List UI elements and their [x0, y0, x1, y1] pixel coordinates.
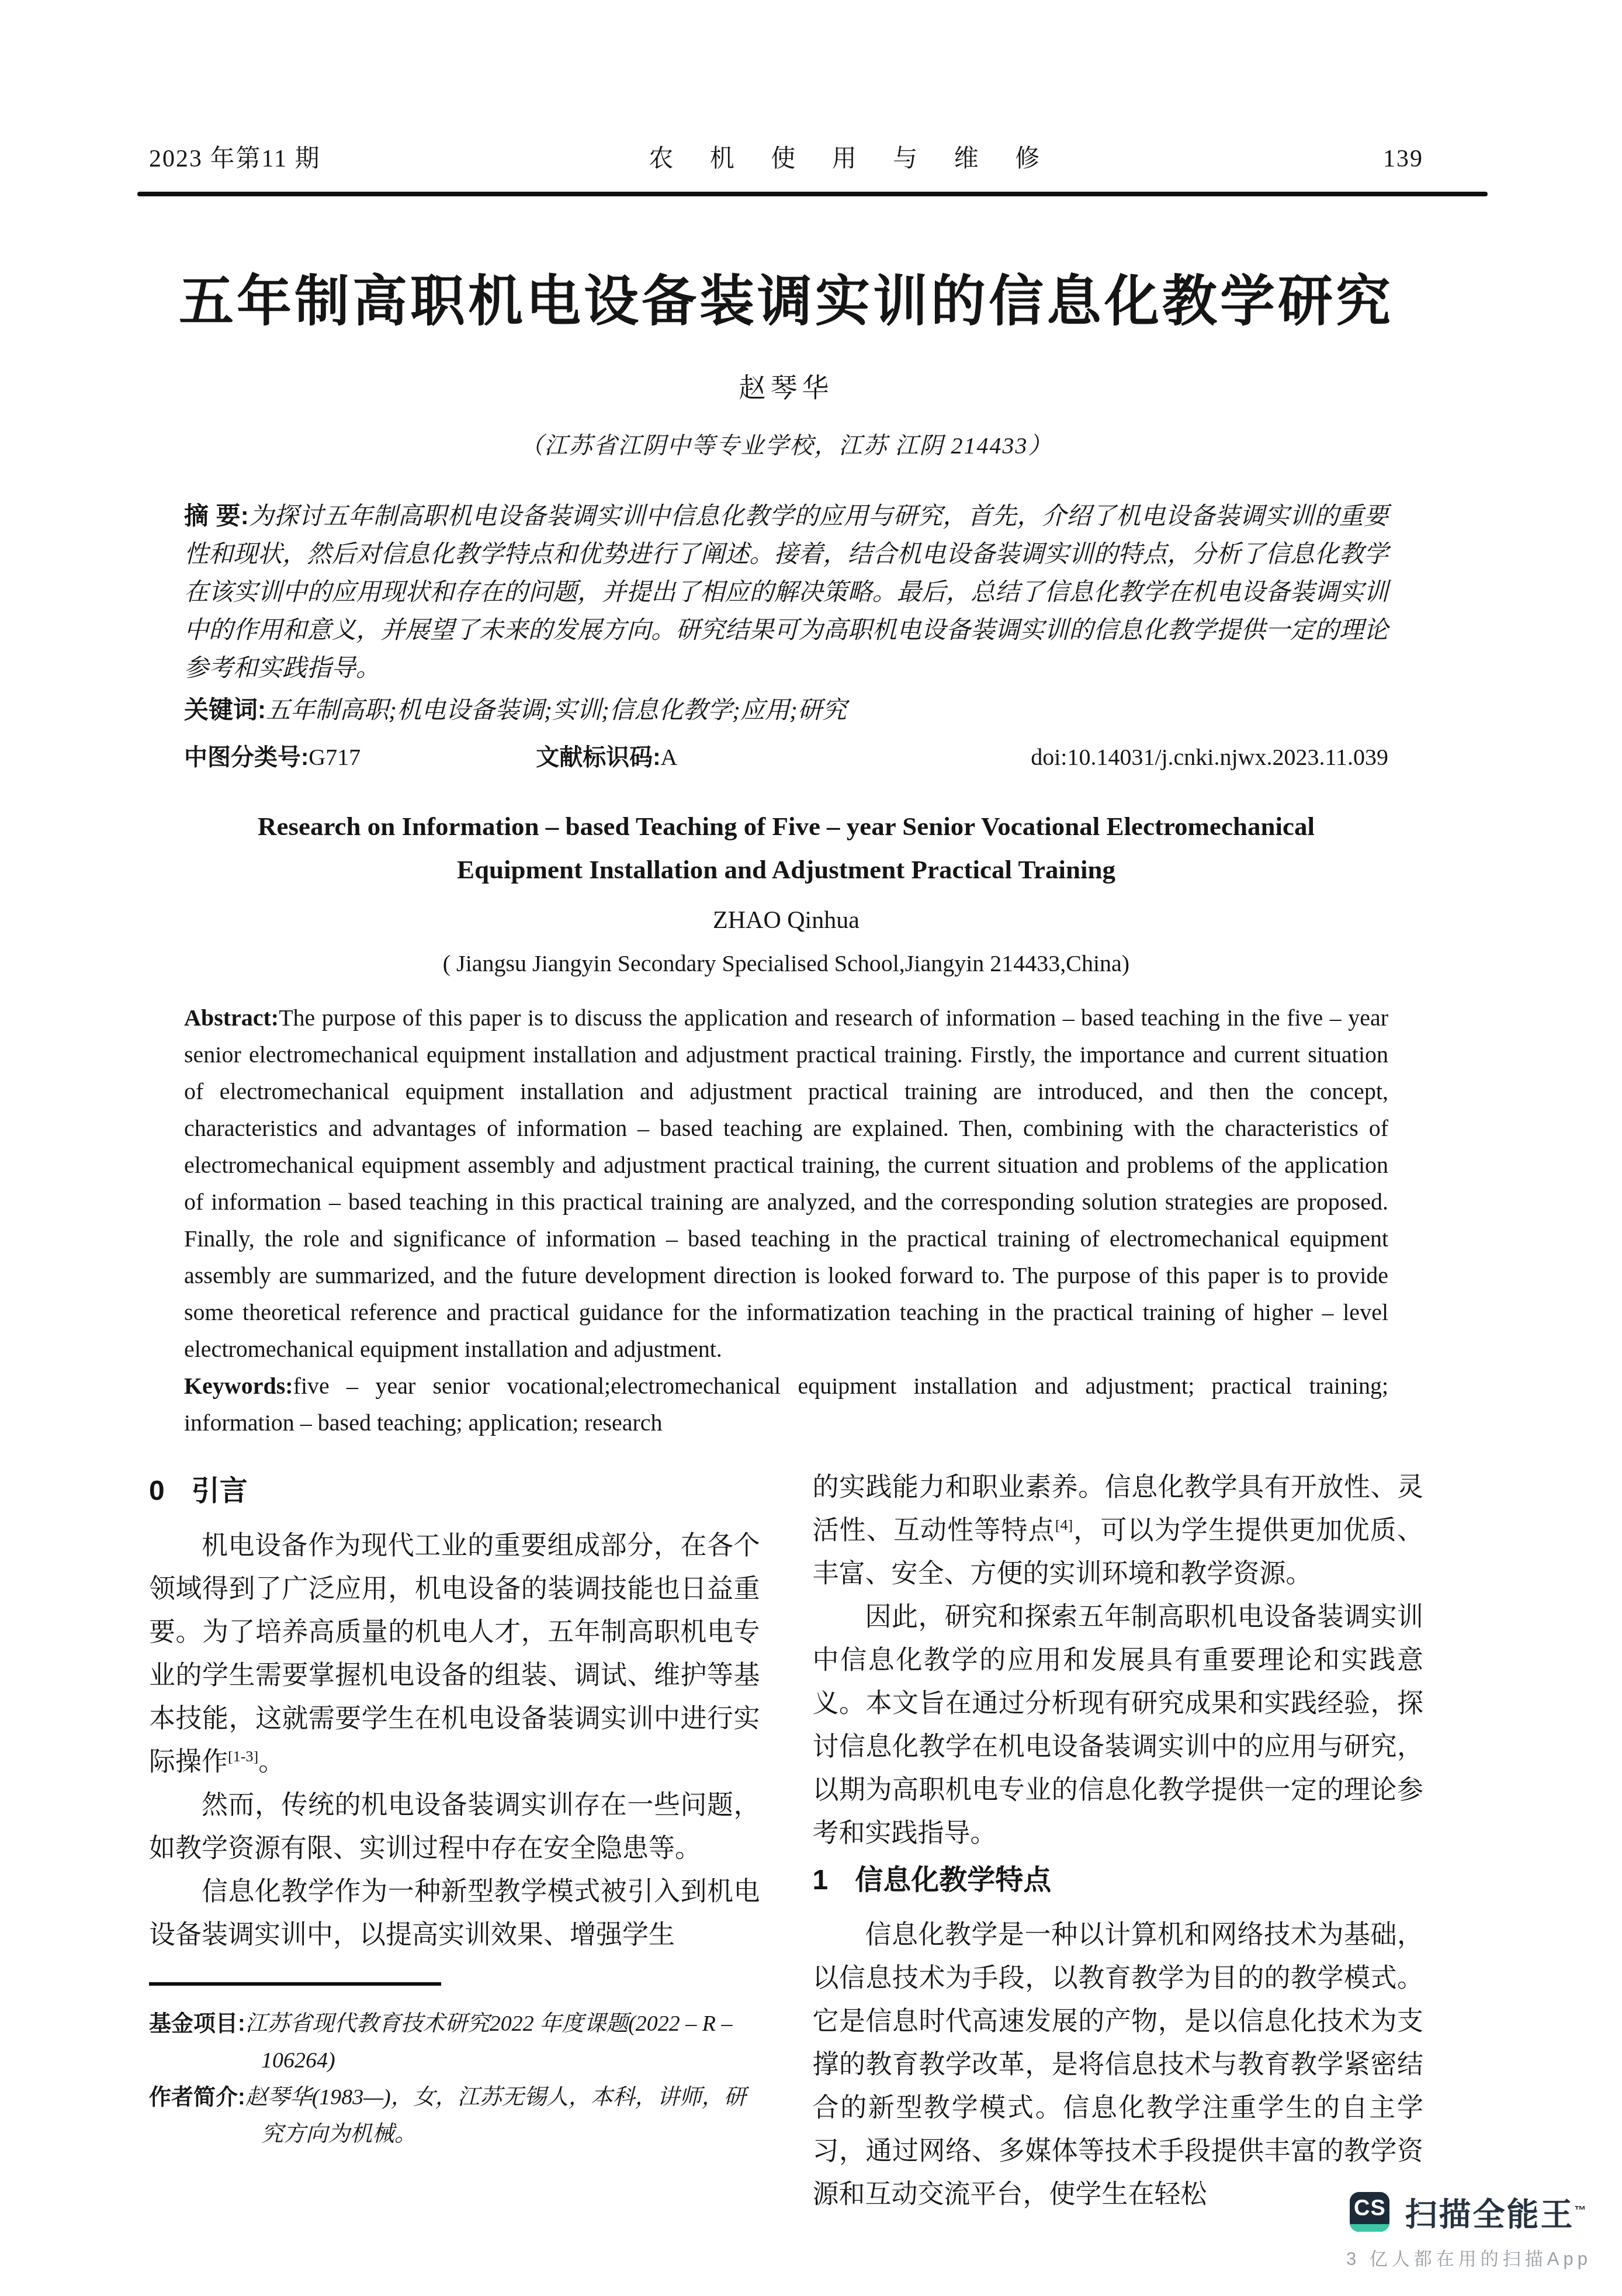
- clc-number: 中图分类号:G717: [184, 739, 361, 772]
- right-paragraph-3: 信息化教学是一种以计算机和网络技术为基础，以信息技术为手段，以教育教学为目的的教…: [813, 1913, 1424, 2216]
- left-paragraph-2: 然而，传统的机电设备装调实训存在一些问题，如教学资源有限、实训过程中存在安全隐患…: [149, 1784, 760, 1870]
- citation-ref-4: [4]: [1055, 1516, 1073, 1533]
- section-1-number: 1: [813, 1865, 829, 1896]
- journal-title: 农 机 使 用 与 维 修: [649, 139, 1055, 174]
- doc-code-value: A: [661, 744, 678, 770]
- scanned-paper-page: 2023 年第11 期 农 机 使 用 与 维 修 139 五年制高职机电设备装…: [0, 0, 1622, 2296]
- camscanner-watermark-row: CS 扫描全能王™: [1346, 2188, 1592, 2235]
- camscanner-tagline: 3 亿人都在用的扫描App: [1346, 2244, 1592, 2270]
- article-title-en-line1: Research on Information – based Teaching…: [149, 805, 1423, 848]
- doc-code-label: 文献标识码:: [536, 744, 660, 770]
- camscanner-logo-accent-band: [1350, 2224, 1389, 2232]
- clc-value: G717: [309, 744, 361, 770]
- abstract-cn-text: 为探讨五年制高职机电设备装调实训中信息化教学的应用与研究，首先，介绍了机电设备装…: [184, 503, 1388, 682]
- keywords-cn: 关键词:五年制高职;机电设备装调;实训;信息化教学;应用;研究: [149, 691, 1423, 729]
- clc-label: 中图分类号:: [184, 744, 309, 770]
- affiliation-en: ( Jiangsu Jiangyin Secondary Specialised…: [149, 950, 1423, 977]
- keywords-cn-text: 五年制高职;机电设备装调;实训;信息化教学;应用;研究: [266, 697, 847, 724]
- section-0-number: 0: [149, 1476, 165, 1507]
- right-paragraph-2: 因此，研究和探索五年制高职机电设备装调实训中信息化教学的应用和发展具有重要理论和…: [813, 1595, 1424, 1855]
- camscanner-brand-text: 扫描全能王: [1405, 2196, 1574, 2232]
- abstract-en-text: The purpose of this paper is to discuss …: [184, 1005, 1388, 1362]
- page-number: 139: [1383, 145, 1423, 173]
- right-paragraph-1: 的实践能力和职业素养。信息化教学具有开放性、灵活性、互动性等特点[4]，可以为学…: [813, 1466, 1424, 1595]
- keywords-en-text: five – year senior vocational;electromec…: [184, 1373, 1388, 1436]
- fund-project-text: 江苏省现代教育技术研究2022 年度课题(2022 – R – 106264): [245, 2011, 733, 2073]
- abstract-cn-label: 摘 要:: [184, 502, 249, 529]
- article-title-cn: 五年制高职机电设备装调实训的信息化教学研究: [149, 257, 1423, 336]
- classification-row: 中图分类号:G717 文献标识码:A doi:10.14031/j.cnki.n…: [149, 739, 1423, 772]
- author-bio-label: 作者简介:: [149, 2085, 245, 2110]
- document-code: 文献标识码:A: [536, 739, 677, 772]
- keywords-en: Keywords:five – year senior vocational;e…: [149, 1367, 1423, 1441]
- author-bio-note: 作者简介:赵琴华(1983—)，女，江苏无锡人，本科，讲师，研究方向为机械。: [149, 2079, 760, 2153]
- section-heading-0: 0引言: [149, 1474, 760, 1509]
- keywords-en-label: Keywords:: [184, 1373, 293, 1399]
- doi: doi:10.14031/j.cnki.njwx.2023.11.039: [1031, 743, 1388, 771]
- camscanner-watermark: CS 扫描全能王™ 3 亿人都在用的扫描App: [1346, 2188, 1592, 2270]
- running-head: 2023 年第11 期 农 机 使 用 与 维 修 139: [149, 139, 1423, 174]
- camscanner-logo-icon: CS: [1350, 2192, 1389, 2232]
- page-content: 2023 年第11 期 农 机 使 用 与 维 修 139 五年制高职机电设备装…: [0, 0, 1622, 2216]
- trademark-symbol: ™: [1575, 2204, 1588, 2217]
- abstract-en: Abstract:The purpose of this paper is to…: [149, 999, 1423, 1367]
- author-en: ZHAO Qinhua: [149, 906, 1423, 934]
- two-column-body: 0引言 机电设备作为现代工业的重要组成部分，在各个领域得到了广泛应用，机电设备的…: [149, 1466, 1423, 2216]
- footnote-rule: [149, 1982, 441, 1986]
- affiliation-cn: （江苏省江阴中等专业学校，江苏 江阴 214433）: [149, 427, 1423, 460]
- citation-ref-1-3: [1-3]: [228, 1748, 258, 1765]
- author-bio-text: 赵琴华(1983—)，女，江苏无锡人，本科，讲师，研究方向为机械。: [245, 2085, 746, 2146]
- section-0-title: 引言: [192, 1476, 248, 1507]
- abstract-cn: 摘 要:为探讨五年制高职机电设备装调实训中信息化教学的应用与研究，首先，介绍了机…: [149, 497, 1423, 688]
- left-paragraph-1-text: 机电设备作为现代工业的重要组成部分，在各个领域得到了广泛应用，机电设备的装调技能…: [149, 1531, 760, 1776]
- keywords-cn-label: 关键词:: [184, 696, 266, 723]
- section-1-title: 信息化教学特点: [855, 1865, 1051, 1896]
- camscanner-brand-name: 扫描全能王™: [1405, 2188, 1588, 2235]
- left-paragraph-1-end: 。: [258, 1747, 285, 1776]
- right-column: 的实践能力和职业素养。信息化教学具有开放性、灵活性、互动性等特点[4]，可以为学…: [813, 1466, 1424, 2216]
- header-rule: [137, 192, 1488, 196]
- article-title-en: Research on Information – based Teaching…: [149, 805, 1423, 891]
- issue-number: 2023 年第11 期: [149, 139, 320, 174]
- left-column: 0引言 机电设备作为现代工业的重要组成部分，在各个领域得到了广泛应用，机电设备的…: [149, 1466, 760, 2216]
- abstract-en-label: Abstract:: [184, 1005, 279, 1031]
- left-paragraph-1: 机电设备作为现代工业的重要组成部分，在各个领域得到了广泛应用，机电设备的装调技能…: [149, 1524, 760, 1784]
- fund-project-note: 基金项目:江苏省现代教育技术研究2022 年度课题(2022 – R – 106…: [149, 2006, 760, 2079]
- left-paragraph-3: 信息化教学作为一种新型教学模式被引入到机电设备装调实训中，以提高实训效果、增强学…: [149, 1870, 760, 1956]
- article-title-en-line2: Equipment Installation and Adjustment Pr…: [149, 848, 1423, 891]
- section-heading-1: 1信息化教学特点: [813, 1863, 1424, 1898]
- fund-project-label: 基金项目:: [149, 2011, 245, 2036]
- camscanner-logo-text: CS: [1354, 2196, 1386, 2221]
- author-cn: 赵琴华: [149, 366, 1423, 405]
